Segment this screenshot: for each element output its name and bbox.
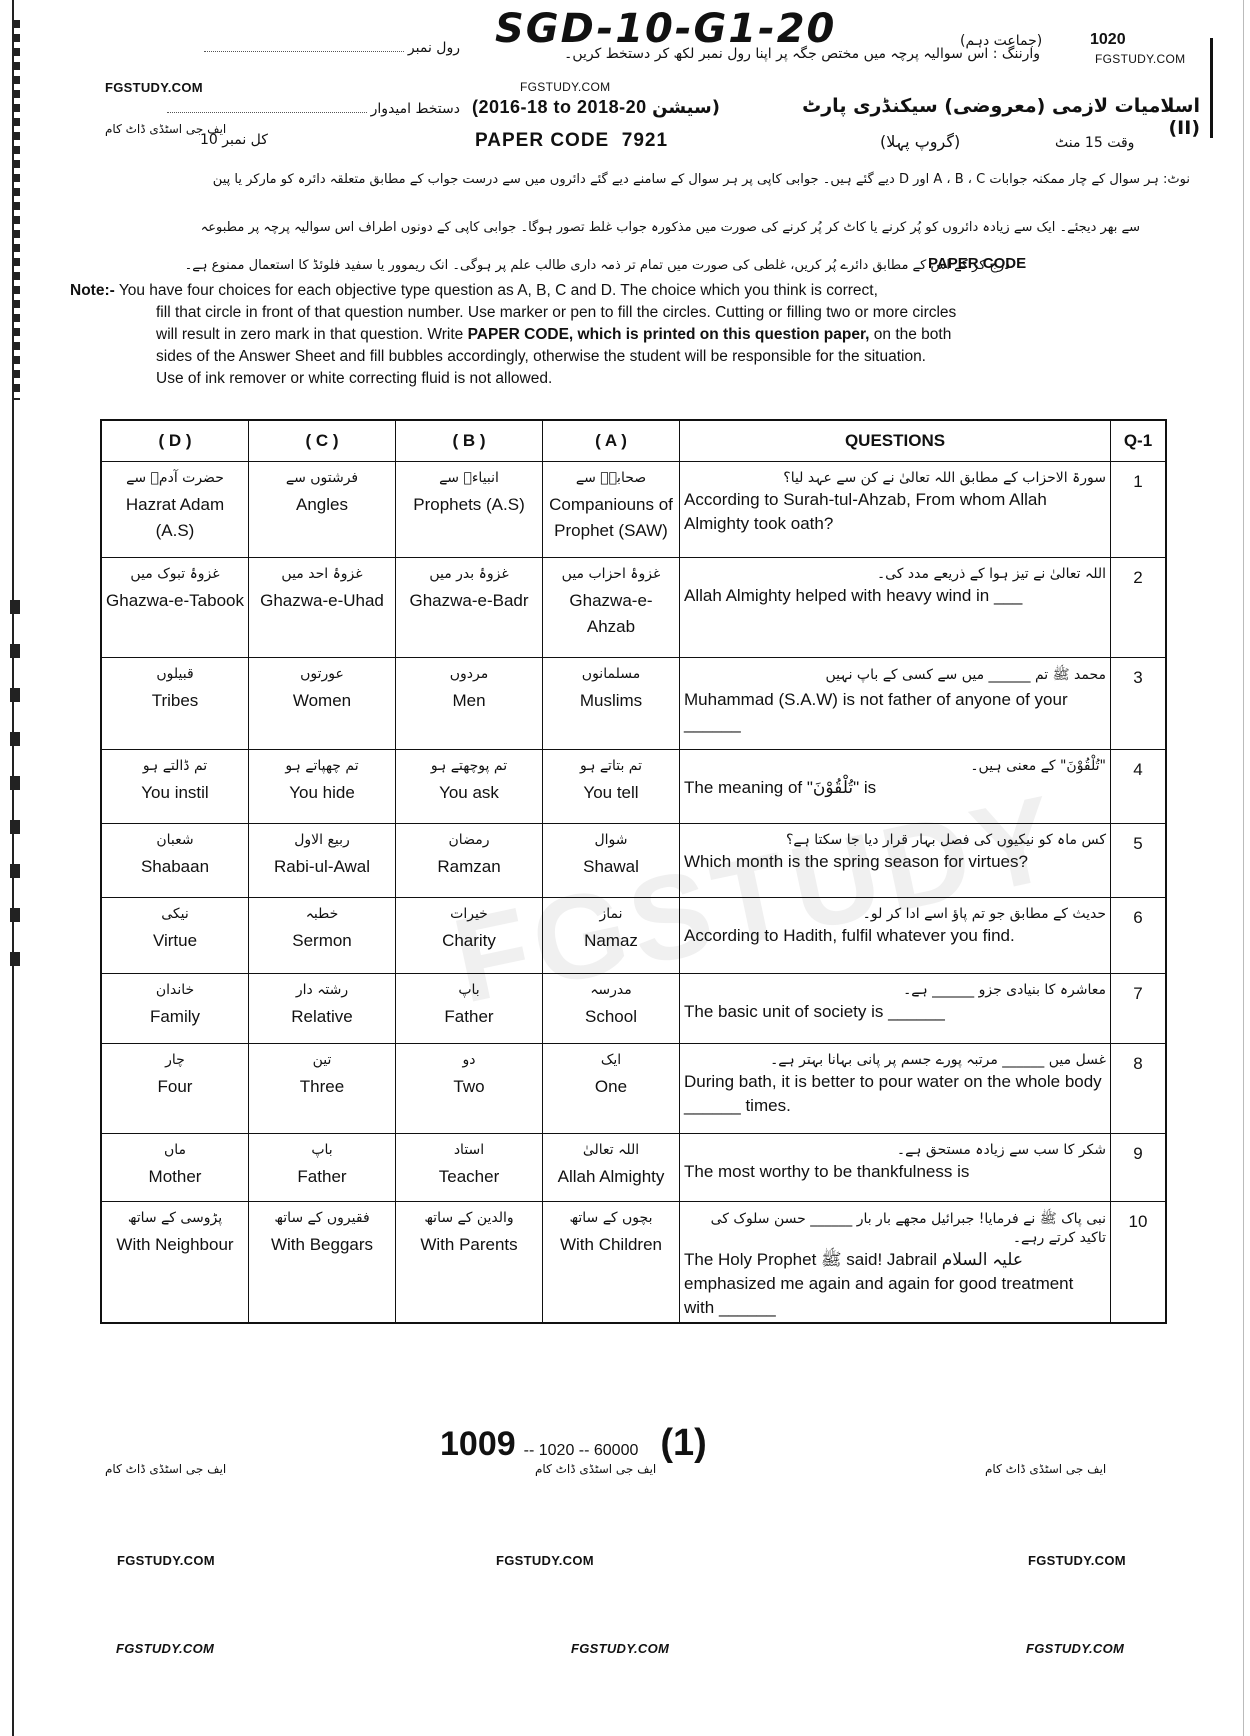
option-english: Men bbox=[400, 688, 538, 714]
note-text: will result in zero mark in that questio… bbox=[156, 326, 468, 343]
option-english: Shabaan bbox=[106, 854, 244, 880]
option-a-cell: تم بتاتے ہوYou tell bbox=[543, 750, 680, 824]
question-english: Which month is the spring season for vir… bbox=[684, 850, 1106, 874]
page-edge bbox=[1243, 0, 1244, 1736]
option-english: One bbox=[547, 1074, 675, 1100]
option-c-cell: غزوۂ احد میںGhazwa-e-Uhad bbox=[249, 558, 396, 658]
option-english: Father bbox=[400, 1004, 538, 1030]
question-urdu: شکر کا سب سے زیادہ مستحق ہے۔ bbox=[684, 1142, 1106, 1158]
option-english: Rabi-ul-Awal bbox=[253, 854, 391, 880]
option-english: Teacher bbox=[400, 1164, 538, 1190]
watermark-text: FGSTUDY.COM bbox=[520, 80, 610, 94]
scan-marks bbox=[10, 600, 20, 980]
option-c-cell: تینThree bbox=[249, 1044, 396, 1134]
option-urdu: قبیلوں bbox=[106, 666, 244, 686]
question-number: 2 bbox=[1111, 558, 1167, 658]
question-english: Allah Almighty helped with heavy wind in… bbox=[684, 584, 1106, 608]
option-english: Virtue bbox=[106, 928, 244, 954]
question-urdu: کس ماہ کو نیکیوں کی فصل بہار قرار دیا جا… bbox=[684, 832, 1106, 848]
option-english: Namaz bbox=[547, 928, 675, 954]
option-a-cell: صحابہؓ سےCompaniouns of Prophet (SAW) bbox=[543, 462, 680, 558]
question-cell: اللہ تعالیٰ نے تیز ہوا کے ذریعے مدد کی۔A… bbox=[680, 558, 1111, 658]
option-english: With Neighbour bbox=[106, 1232, 244, 1258]
option-english: Allah Almighty bbox=[547, 1164, 675, 1190]
option-d-cell: تم ڈالتے ہوYou instil bbox=[101, 750, 249, 824]
option-urdu: انبیاءؑ سے bbox=[400, 470, 538, 490]
option-urdu: رشتہ دار bbox=[253, 982, 391, 1002]
option-english: Ghazwa-e-Uhad bbox=[253, 588, 391, 614]
option-urdu: مسلمانوں bbox=[547, 666, 675, 686]
time-allowed: وقت 15 منٹ bbox=[1055, 135, 1134, 151]
option-urdu: ماں bbox=[106, 1142, 244, 1162]
table-row: قبیلوںTribesعورتوںWomenمردوںMenمسلمانوںM… bbox=[101, 658, 1166, 750]
option-d-cell: غزوۂ تبوک میںGhazwa-e-Tabook bbox=[101, 558, 249, 658]
column-header-c: ( C ) bbox=[249, 420, 396, 462]
question-number: 8 bbox=[1111, 1044, 1167, 1134]
option-english: Angles bbox=[253, 492, 391, 518]
question-cell: غسل میں ______ مرتبہ پورے جسم پر پانی بہ… bbox=[680, 1044, 1111, 1134]
footer-code-small: -- 1020 -- 60000 bbox=[524, 1442, 639, 1459]
option-urdu: فرشتوں سے bbox=[253, 470, 391, 490]
class-code: 1020 bbox=[1090, 31, 1126, 49]
option-english: Ramzan bbox=[400, 854, 538, 880]
option-english: Tribes bbox=[106, 688, 244, 714]
session-label: سیشن) bbox=[652, 97, 720, 118]
option-english: Family bbox=[106, 1004, 244, 1030]
column-header-questions: QUESTIONS bbox=[680, 420, 1111, 462]
option-a-cell: مدرسہSchool bbox=[543, 974, 680, 1044]
warning-text: وارننگ : اس سوالیہ پرچہ میں مختص جگہ پر … bbox=[500, 46, 1040, 62]
option-urdu: مدرسہ bbox=[547, 982, 675, 1002]
option-c-cell: ربیع الاولRabi-ul-Awal bbox=[249, 824, 396, 898]
option-english: You ask bbox=[400, 780, 538, 806]
option-urdu: صحابہؓ سے bbox=[547, 470, 675, 490]
option-b-cell: رمضانRamzan bbox=[396, 824, 543, 898]
table-row: تم ڈالتے ہوYou instilتم چھپاتے ہوYou hid… bbox=[101, 750, 1166, 824]
option-english: Ghazwa-e-Badr bbox=[400, 588, 538, 614]
option-english: With Beggars bbox=[253, 1232, 391, 1258]
option-urdu: تم بتاتے ہو bbox=[547, 758, 675, 778]
option-b-cell: استادTeacher bbox=[396, 1134, 543, 1202]
question-urdu: نبی پاک ﷺ نے فرمایا! جبرائیل مجھے بار با… bbox=[684, 1210, 1106, 1246]
option-urdu: عورتوں bbox=[253, 666, 391, 686]
option-english: Hazrat Adam (A.S) bbox=[106, 492, 244, 544]
note-line: Use of ink remover or white correcting f… bbox=[70, 368, 1090, 390]
question-number: 5 bbox=[1111, 824, 1167, 898]
roll-number-field: رول نمبر bbox=[140, 40, 460, 56]
option-c-cell: عورتوںWomen bbox=[249, 658, 396, 750]
question-urdu: "تُلْقُوْنَ" کے معنی ہیں۔ bbox=[684, 758, 1106, 774]
option-urdu: خیرات bbox=[400, 906, 538, 926]
column-header-qno: Q-1 bbox=[1111, 420, 1167, 462]
question-cell: "تُلْقُوْنَ" کے معنی ہیں۔The meaning of … bbox=[680, 750, 1111, 824]
option-urdu: بچوں کے ساتھ bbox=[547, 1210, 675, 1230]
option-b-cell: غزوۂ بدر میںGhazwa-e-Badr bbox=[396, 558, 543, 658]
option-c-cell: باپFather bbox=[249, 1134, 396, 1202]
instructions-urdu-line: نوٹ: ہر سوال کے چار ممکنہ جوابات A ، B ،… bbox=[60, 172, 1190, 187]
option-english: With Children bbox=[547, 1232, 675, 1258]
question-english: The most worthy to be thankfulness is bbox=[684, 1160, 1106, 1184]
option-a-cell: نمازNamaz bbox=[543, 898, 680, 974]
session: (2016-18 to 2018-20 سیشن) bbox=[472, 97, 720, 118]
total-marks-label: کل نمبر bbox=[222, 132, 268, 148]
option-c-cell: فقیروں کے ساتھWith Beggars bbox=[249, 1202, 396, 1324]
note-line: will result in zero mark in that questio… bbox=[70, 324, 1090, 346]
option-urdu: باپ bbox=[253, 1142, 391, 1162]
signature-blank bbox=[167, 112, 367, 113]
watermark-urdu: ایف جی اسٹڈی ڈاٹ کام bbox=[535, 1462, 656, 1476]
question-number: 10 bbox=[1111, 1202, 1167, 1324]
option-english: School bbox=[547, 1004, 675, 1030]
question-number: 9 bbox=[1111, 1134, 1167, 1202]
option-c-cell: خطبہSermon bbox=[249, 898, 396, 974]
note-emphasis: PAPER CODE, which is printed on this que… bbox=[468, 326, 870, 343]
table-row: چارFourتینThreeدوTwoایکOneغسل میں ______… bbox=[101, 1044, 1166, 1134]
question-number: 3 bbox=[1111, 658, 1167, 750]
option-english: Prophets (A.S) bbox=[400, 492, 538, 518]
option-urdu: دو bbox=[400, 1052, 538, 1072]
option-urdu: استاد bbox=[400, 1142, 538, 1162]
option-urdu: نماز bbox=[547, 906, 675, 926]
option-english: Charity bbox=[400, 928, 538, 954]
paper-code: PAPER CODE 7921 bbox=[475, 130, 668, 152]
option-english: Ghazwa-e-Ahzab bbox=[547, 588, 675, 640]
question-urdu: محمد ﷺ تم ______ میں سے کسی کے باپ نہیں bbox=[684, 666, 1106, 686]
question-cell: کس ماہ کو نیکیوں کی فصل بہار قرار دیا جا… bbox=[680, 824, 1111, 898]
option-english: You tell bbox=[547, 780, 675, 806]
table-row: حضرت آدمؑ سےHazrat Adam (A.S)فرشتوں سےAn… bbox=[101, 462, 1166, 558]
instructions-urdu-line: درج کر کے اس کے مطابق دائرے پُر کریں، غل… bbox=[60, 258, 1010, 273]
total-marks-value: 10 bbox=[200, 132, 218, 148]
question-urdu: سورۃ الاحزاب کے مطابق اللہ تعالیٰ نے کن … bbox=[684, 470, 1106, 486]
column-header-b: ( B ) bbox=[396, 420, 543, 462]
option-b-cell: والدین کے ساتھWith Parents bbox=[396, 1202, 543, 1324]
question-cell: حدیث کے مطابق جو تم پاؤ اسے ادا کر لو۔Ac… bbox=[680, 898, 1111, 974]
group-label: (گروپ پہلا) bbox=[880, 132, 960, 151]
option-english: Muslims bbox=[547, 688, 675, 714]
option-c-cell: فرشتوں سےAngles bbox=[249, 462, 396, 558]
option-urdu: پڑوسی کے ساتھ bbox=[106, 1210, 244, 1230]
option-urdu: حضرت آدمؑ سے bbox=[106, 470, 244, 490]
table-row: نیکیVirtueخطبہSermonخیراتCharityنمازNama… bbox=[101, 898, 1166, 974]
option-urdu: تین bbox=[253, 1052, 391, 1072]
watermark-urdu: ایف جی اسٹڈی ڈاٹ کام bbox=[105, 1462, 226, 1476]
option-urdu: شعبان bbox=[106, 832, 244, 852]
question-english: The Holy Prophet ﷺ said! Jabrail علیہ ال… bbox=[684, 1248, 1106, 1320]
mcq-table: ( D ) ( C ) ( B ) ( A ) QUESTIONS Q-1 حض… bbox=[100, 419, 1167, 1324]
table-header-row: ( D ) ( C ) ( B ) ( A ) QUESTIONS Q-1 bbox=[101, 420, 1166, 462]
question-cell: معاشرہ کا بنیادی جزو ______ ہے۔The basic… bbox=[680, 974, 1111, 1044]
watermark-text: FGSTUDY.COM bbox=[116, 1641, 214, 1656]
option-d-cell: پڑوسی کے ساتھWith Neighbour bbox=[101, 1202, 249, 1324]
option-english: Relative bbox=[253, 1004, 391, 1030]
watermark-text: FGSTUDY.COM bbox=[1028, 1553, 1126, 1568]
note-label: Note:- bbox=[70, 282, 115, 299]
option-b-cell: دوTwo bbox=[396, 1044, 543, 1134]
option-urdu: رمضان bbox=[400, 832, 538, 852]
option-english: Companiouns of Prophet (SAW) bbox=[547, 492, 675, 544]
question-urdu: معاشرہ کا بنیادی جزو ______ ہے۔ bbox=[684, 982, 1106, 998]
option-urdu: نیکی bbox=[106, 906, 244, 926]
question-urdu: حدیث کے مطابق جو تم پاؤ اسے ادا کر لو۔ bbox=[684, 906, 1106, 922]
footer-code: 1009-- 1020 -- 60000(1) bbox=[440, 1422, 707, 1465]
option-urdu: مردوں bbox=[400, 666, 538, 686]
option-urdu: تم پوچھتے ہو bbox=[400, 758, 538, 778]
paper-code-value: 7921 bbox=[622, 130, 668, 151]
watermark-text: FGSTUDY.COM bbox=[105, 80, 203, 95]
option-english: Ghazwa-e-Tabook bbox=[106, 588, 244, 614]
watermark-text: FGSTUDY.COM bbox=[1026, 1641, 1124, 1656]
question-english: Muhammad (S.A.W) is not father of anyone… bbox=[684, 688, 1106, 736]
candidate-signature-label: دستخط امیدوار bbox=[371, 101, 460, 117]
note-english: Note:- You have four choices for each ob… bbox=[70, 280, 1090, 390]
watermark-urdu: ایف جی اسٹڈی ڈاٹ کام bbox=[985, 1462, 1106, 1476]
column-header-a: ( A ) bbox=[543, 420, 680, 462]
question-cell: سورۃ الاحزاب کے مطابق اللہ تعالیٰ نے کن … bbox=[680, 462, 1111, 558]
option-urdu: ایک bbox=[547, 1052, 675, 1072]
table-row: پڑوسی کے ساتھWith Neighbourفقیروں کے سات… bbox=[101, 1202, 1166, 1324]
option-d-cell: قبیلوںTribes bbox=[101, 658, 249, 750]
option-a-cell: بچوں کے ساتھWith Children bbox=[543, 1202, 680, 1324]
option-english: Four bbox=[106, 1074, 244, 1100]
option-urdu: خاندان bbox=[106, 982, 244, 1002]
option-d-cell: ماںMother bbox=[101, 1134, 249, 1202]
roll-number-label: رول نمبر bbox=[408, 40, 460, 56]
page-number: (1) bbox=[660, 1422, 706, 1464]
option-urdu: باپ bbox=[400, 982, 538, 1002]
table-row: غزوۂ تبوک میںGhazwa-e-Tabookغزوۂ احد میں… bbox=[101, 558, 1166, 658]
question-cell: شکر کا سب سے زیادہ مستحق ہے۔The most wor… bbox=[680, 1134, 1111, 1202]
option-b-cell: باپFather bbox=[396, 974, 543, 1044]
option-english: Three bbox=[253, 1074, 391, 1100]
option-a-cell: ایکOne bbox=[543, 1044, 680, 1134]
option-english: Two bbox=[400, 1074, 538, 1100]
question-urdu: اللہ تعالیٰ نے تیز ہوا کے ذریعے مدد کی۔ bbox=[684, 566, 1106, 582]
option-urdu: تم ڈالتے ہو bbox=[106, 758, 244, 778]
binding-marks bbox=[14, 20, 20, 400]
header-divider bbox=[1210, 38, 1213, 138]
subject-title: اسلامیات لازمی (معروضی) سیکنڈری پارٹ (II… bbox=[800, 95, 1200, 139]
option-b-cell: انبیاءؑ سےProphets (A.S) bbox=[396, 462, 543, 558]
note-line: You have four choices for each objective… bbox=[119, 282, 878, 299]
option-urdu: اللہ تعالیٰ bbox=[547, 1142, 675, 1162]
option-urdu: غزوۂ احد میں bbox=[253, 566, 391, 586]
option-c-cell: رشتہ دارRelative bbox=[249, 974, 396, 1044]
instructions-urdu-line: سے بھر دیجئے۔ ایک سے زیادہ دائروں کو پُر… bbox=[60, 220, 1140, 235]
paper-code-label: PAPER CODE bbox=[475, 130, 609, 151]
watermark-text: FGSTUDY.COM bbox=[571, 1641, 669, 1656]
table-row: شعبانShabaanربیع الاولRabi-ul-AwalرمضانR… bbox=[101, 824, 1166, 898]
option-english: Mother bbox=[106, 1164, 244, 1190]
option-d-cell: شعبانShabaan bbox=[101, 824, 249, 898]
option-urdu: والدین کے ساتھ bbox=[400, 1210, 538, 1230]
question-english: During bath, it is better to pour water … bbox=[684, 1070, 1106, 1118]
question-cell: نبی پاک ﷺ نے فرمایا! جبرائیل مجھے بار با… bbox=[680, 1202, 1111, 1324]
note-line: sides of the Answer Sheet and fill bubbl… bbox=[70, 346, 1090, 368]
table-row: خاندانFamilyرشتہ دارRelativeباپFatherمدر… bbox=[101, 974, 1166, 1044]
question-number: 6 bbox=[1111, 898, 1167, 974]
option-d-cell: نیکیVirtue bbox=[101, 898, 249, 974]
question-cell: محمد ﷺ تم ______ میں سے کسی کے باپ نہیںM… bbox=[680, 658, 1111, 750]
option-english: You instil bbox=[106, 780, 244, 806]
total-marks: کل نمبر 10 bbox=[200, 132, 268, 148]
question-english: The meaning of "تُلْقُوْنَ" is bbox=[684, 776, 1106, 800]
option-d-cell: خاندانFamily bbox=[101, 974, 249, 1044]
option-urdu: شوال bbox=[547, 832, 675, 852]
option-english: You hide bbox=[253, 780, 391, 806]
option-d-cell: چارFour bbox=[101, 1044, 249, 1134]
option-urdu: تم چھپاتے ہو bbox=[253, 758, 391, 778]
class-label: (جماعت دہم) bbox=[960, 33, 1042, 49]
option-english: Father bbox=[253, 1164, 391, 1190]
column-header-d: ( D ) bbox=[101, 420, 249, 462]
question-number: 7 bbox=[1111, 974, 1167, 1044]
question-english: According to Hadith, fulfil whatever you… bbox=[684, 924, 1106, 948]
footer-code-main: 1009 bbox=[440, 1425, 516, 1463]
option-urdu: خطبہ bbox=[253, 906, 391, 926]
option-a-cell: شوالShawal bbox=[543, 824, 680, 898]
option-english: With Parents bbox=[400, 1232, 538, 1258]
option-english: Shawal bbox=[547, 854, 675, 880]
question-number: 4 bbox=[1111, 750, 1167, 824]
option-b-cell: تم پوچھتے ہوYou ask bbox=[396, 750, 543, 824]
option-c-cell: تم چھپاتے ہوYou hide bbox=[249, 750, 396, 824]
option-b-cell: مردوںMen bbox=[396, 658, 543, 750]
option-urdu: غزوۂ تبوک میں bbox=[106, 566, 244, 586]
option-urdu: غزوۂ بدر میں bbox=[400, 566, 538, 586]
watermark-text: FGSTUDY.COM bbox=[117, 1553, 215, 1568]
option-a-cell: مسلمانوںMuslims bbox=[543, 658, 680, 750]
instructions-paper-code: PAPER CODE bbox=[928, 255, 1026, 272]
option-english: Women bbox=[253, 688, 391, 714]
candidate-signature-field: دستخط امیدوار bbox=[140, 101, 460, 117]
option-a-cell: اللہ تعالیٰAllah Almighty bbox=[543, 1134, 680, 1202]
note-line: fill that circle in front of that questi… bbox=[70, 302, 1090, 324]
watermark-text: FGSTUDY.COM bbox=[496, 1553, 594, 1568]
option-urdu: چار bbox=[106, 1052, 244, 1072]
option-urdu: فقیروں کے ساتھ bbox=[253, 1210, 391, 1230]
option-urdu: غزوۂ احزاب میں bbox=[547, 566, 675, 586]
watermark-text: FGSTUDY.COM bbox=[1095, 52, 1185, 66]
note-text: on the both bbox=[869, 326, 951, 343]
question-english: According to Surah-tul-Ahzab, From whom … bbox=[684, 488, 1106, 536]
table-row: ماںMotherباپFatherاستادTeacherاللہ تعالی… bbox=[101, 1134, 1166, 1202]
option-d-cell: حضرت آدمؑ سےHazrat Adam (A.S) bbox=[101, 462, 249, 558]
roll-number-blank bbox=[204, 51, 404, 52]
question-english: The basic unit of society is ______ bbox=[684, 1000, 1106, 1024]
option-b-cell: خیراتCharity bbox=[396, 898, 543, 974]
option-urdu: ربیع الاول bbox=[253, 832, 391, 852]
question-urdu: غسل میں ______ مرتبہ پورے جسم پر پانی بہ… bbox=[684, 1052, 1106, 1068]
question-number: 1 bbox=[1111, 462, 1167, 558]
option-english: Sermon bbox=[253, 928, 391, 954]
option-a-cell: غزوۂ احزاب میںGhazwa-e-Ahzab bbox=[543, 558, 680, 658]
session-years: (2016-18 to 2018-20 bbox=[472, 97, 647, 117]
